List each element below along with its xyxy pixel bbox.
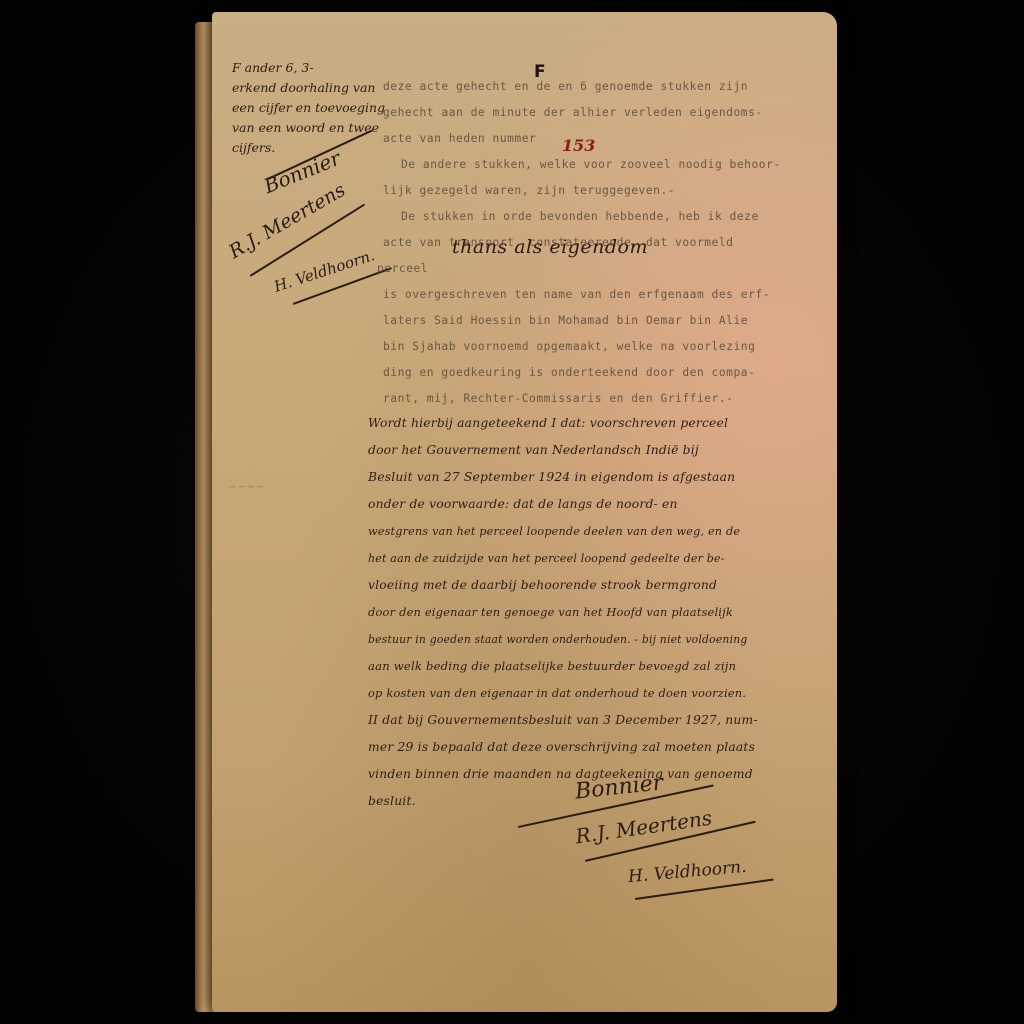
- margin-note-line: een cijfer en toevoeging: [232, 98, 382, 118]
- handwritten-line: vloeiing met de daarbij behoorende stroo…: [368, 572, 838, 599]
- typed-line: deze acte gehecht en de en 6 genoemde st…: [383, 74, 823, 100]
- typed-line: bin Sjahab voornoemd opgemaakt, welke na…: [383, 334, 823, 360]
- deed-number: 153: [562, 136, 595, 155]
- typed-line: ding en goedkeuring is onderteekend door…: [383, 360, 823, 386]
- handwritten-line: op kosten van den eigenaar in dat onderh…: [368, 680, 838, 707]
- typed-line: is overgeschreven ten name van den erfge…: [383, 282, 823, 308]
- handwritten-line: Wordt hierbij aangeteekend I dat: voorsc…: [368, 410, 838, 437]
- handwritten-annotation-paragraph: Wordt hierbij aangeteekend I dat: voorsc…: [368, 410, 838, 815]
- faded-margin-mark: ~~~~: [228, 480, 298, 494]
- handwritten-line: westgrens van het perceel loopende deele…: [368, 518, 838, 545]
- handwritten-line: II dat bij Gouvernementsbesluit van 3 De…: [368, 707, 838, 734]
- typed-line: acte van heden nummer: [383, 126, 823, 152]
- handwritten-line: door den eigenaar ten genoege van het Ho…: [368, 599, 838, 626]
- handwritten-line: onder de voorwaarde: dat de langs de noo…: [368, 491, 838, 518]
- handwritten-line: het aan de zuidzijde van het perceel loo…: [368, 545, 838, 572]
- typed-line: De andere stukken, welke voor zooveel no…: [383, 152, 823, 178]
- handwritten-line: Besluit van 27 September 1924 in eigendo…: [368, 464, 838, 491]
- handwritten-insertion: thans als eigendom: [452, 236, 648, 258]
- margin-note-line: erkend doorhaling van: [232, 78, 382, 98]
- typed-line: gehecht aan de minute der alhier verlede…: [383, 100, 823, 126]
- margin-note-line: F ander 6, 3-: [232, 58, 382, 78]
- typed-line: De stukken in orde bevonden hebbende, he…: [383, 204, 823, 230]
- handwritten-line: door het Gouvernement van Nederlandsch I…: [368, 437, 838, 464]
- typed-line: lijk gezegeld waren, zijn teruggegeven.-: [383, 178, 823, 204]
- handwritten-line: mer 29 is bepaald dat deze overschrijvin…: [368, 734, 838, 761]
- typed-line: rant, mij, Rechter-Commissaris en den Gr…: [383, 386, 823, 412]
- handwritten-line: aan welk beding die plaatselijke bestuur…: [368, 653, 838, 680]
- handwritten-line: bestuur in goeden staat worden onderhoud…: [368, 626, 838, 653]
- margin-annotation: F ander 6, 3- erkend doorhaling van een …: [232, 58, 382, 158]
- typed-line: laters Said Hoessin bin Mohamad bin Oema…: [383, 308, 823, 334]
- photo-background: F ander 6, 3- erkend doorhaling van een …: [0, 0, 1024, 1024]
- margin-note-line: cijfers.: [232, 138, 382, 158]
- overwritten-letter: F: [534, 62, 546, 82]
- typed-line: perceel: [377, 256, 823, 282]
